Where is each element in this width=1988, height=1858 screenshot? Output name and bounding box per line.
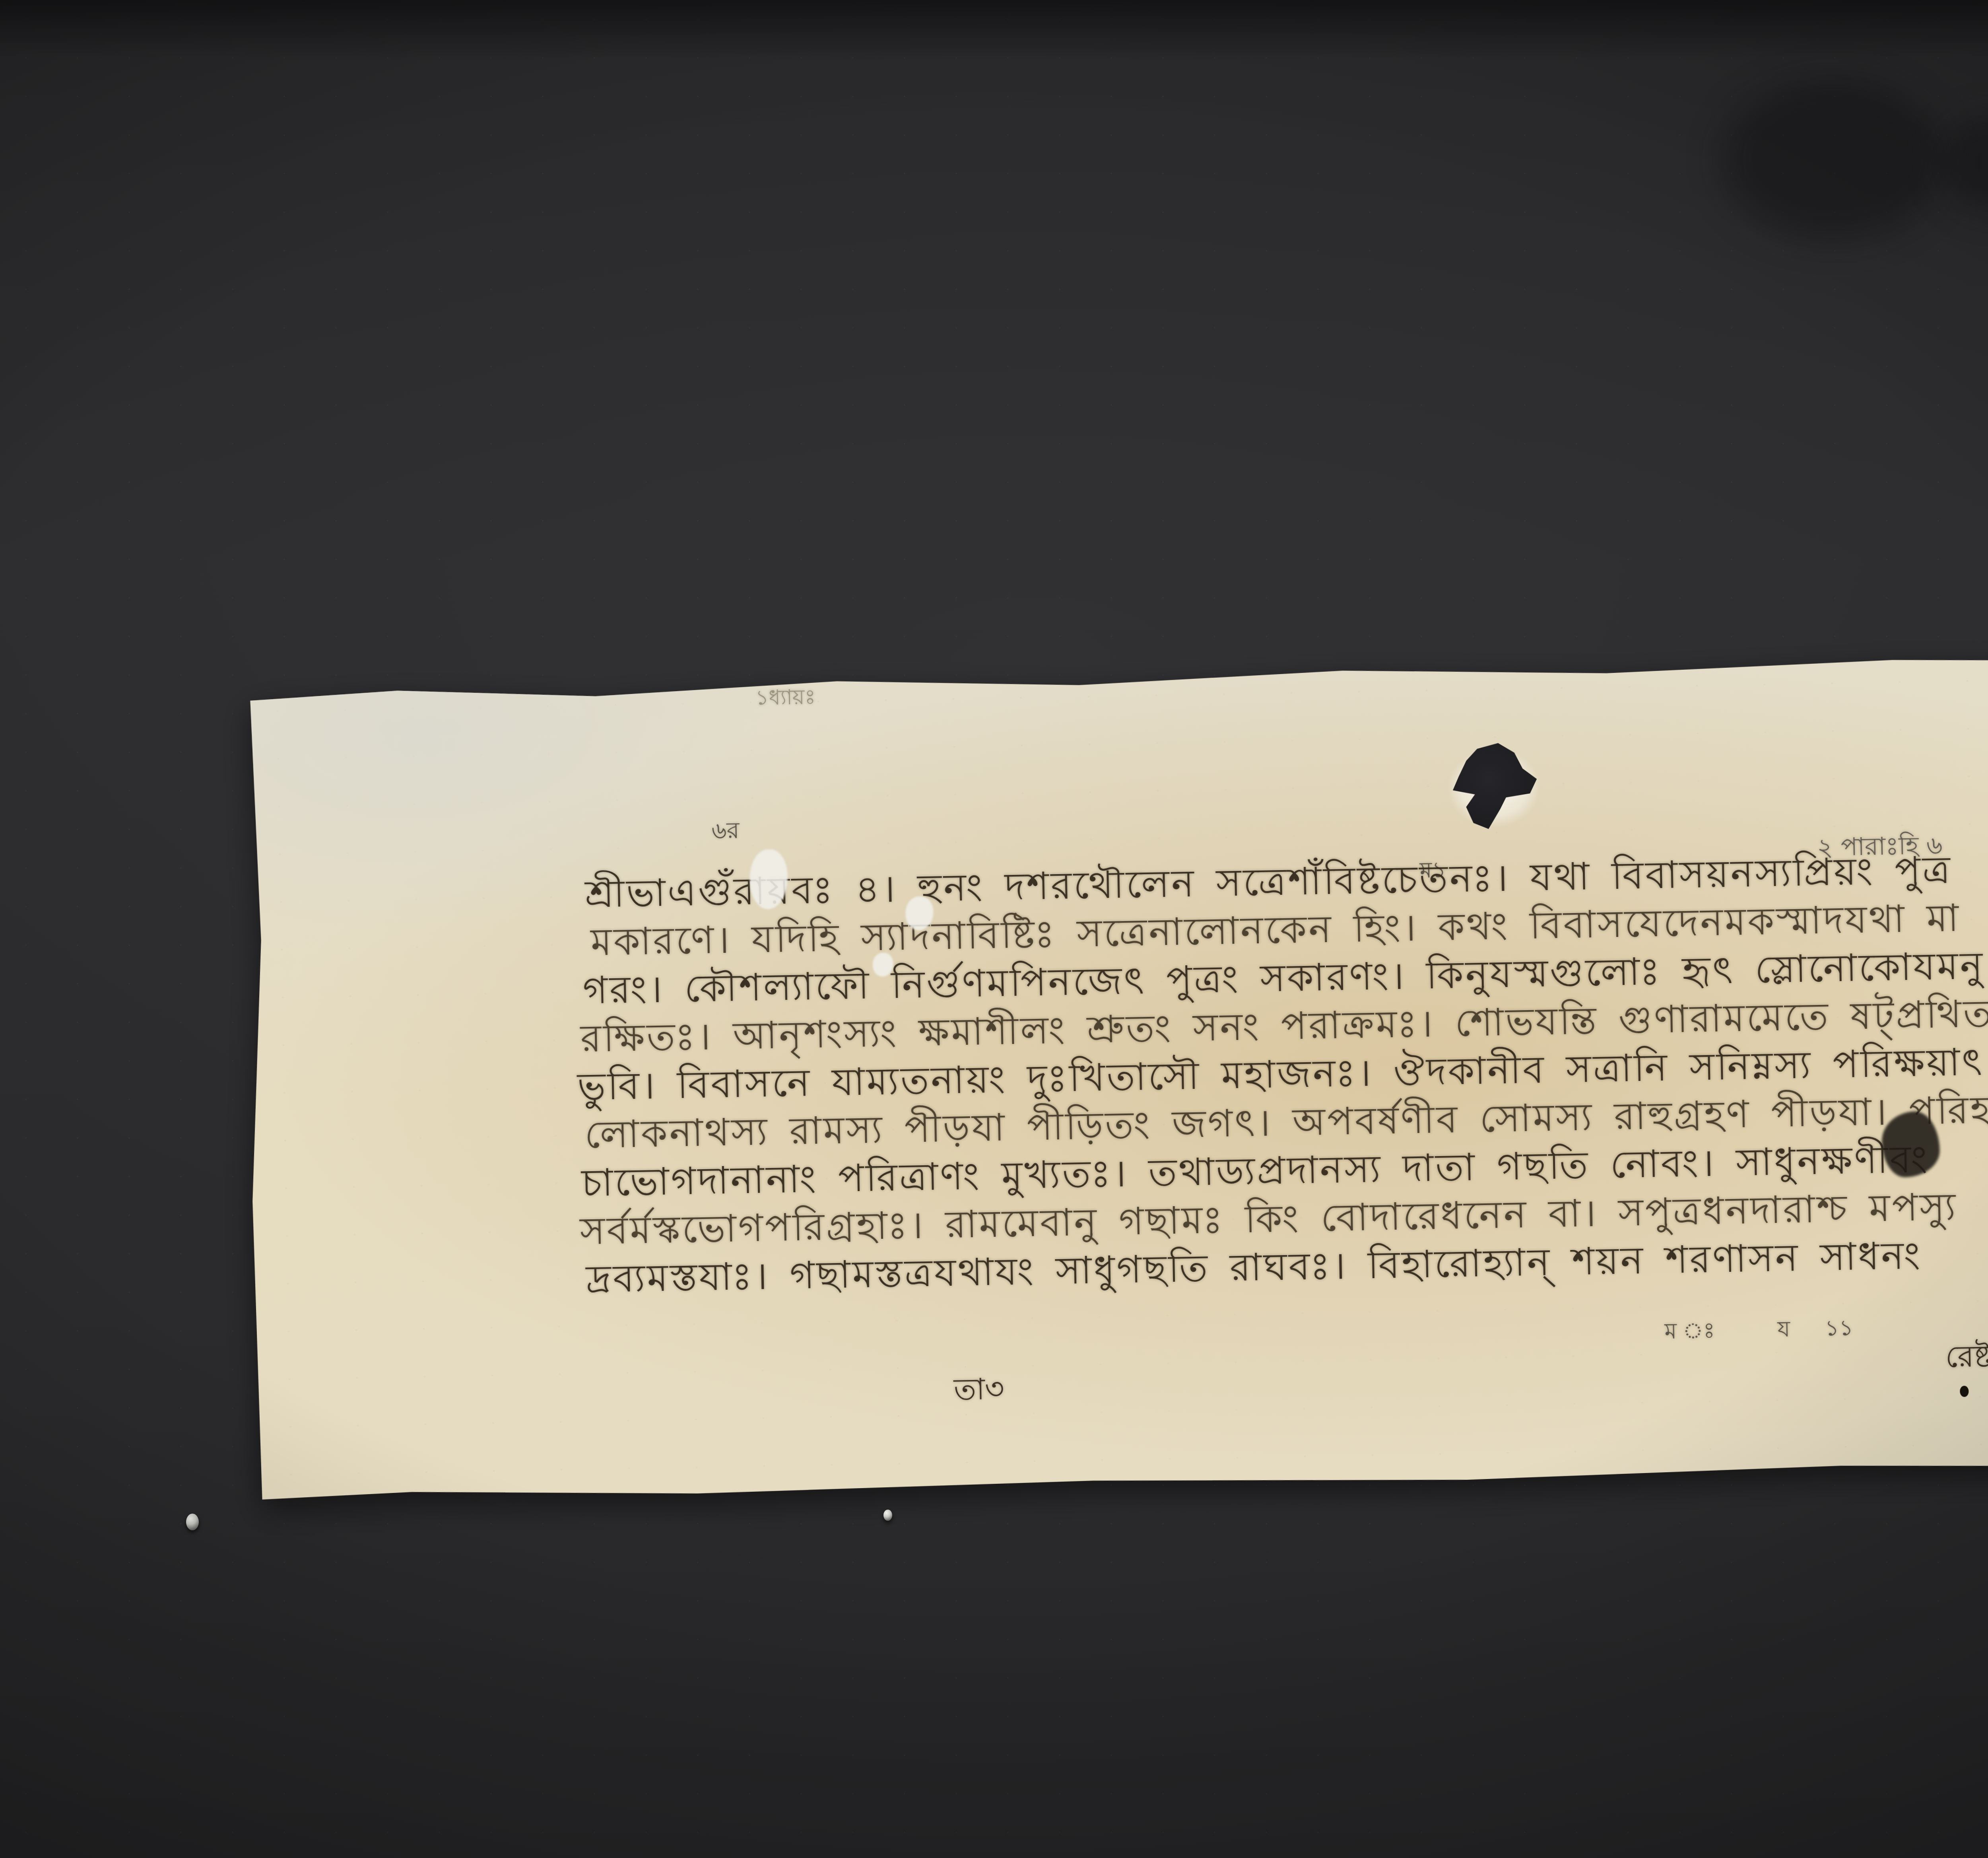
photo-background: ১ধ্যায়ঃ ৬র ২ পারাঃহি ৬ ম১ । শ্রীভাএগুঁর… bbox=[0, 0, 1988, 1858]
photo-vignette bbox=[0, 0, 1988, 1858]
